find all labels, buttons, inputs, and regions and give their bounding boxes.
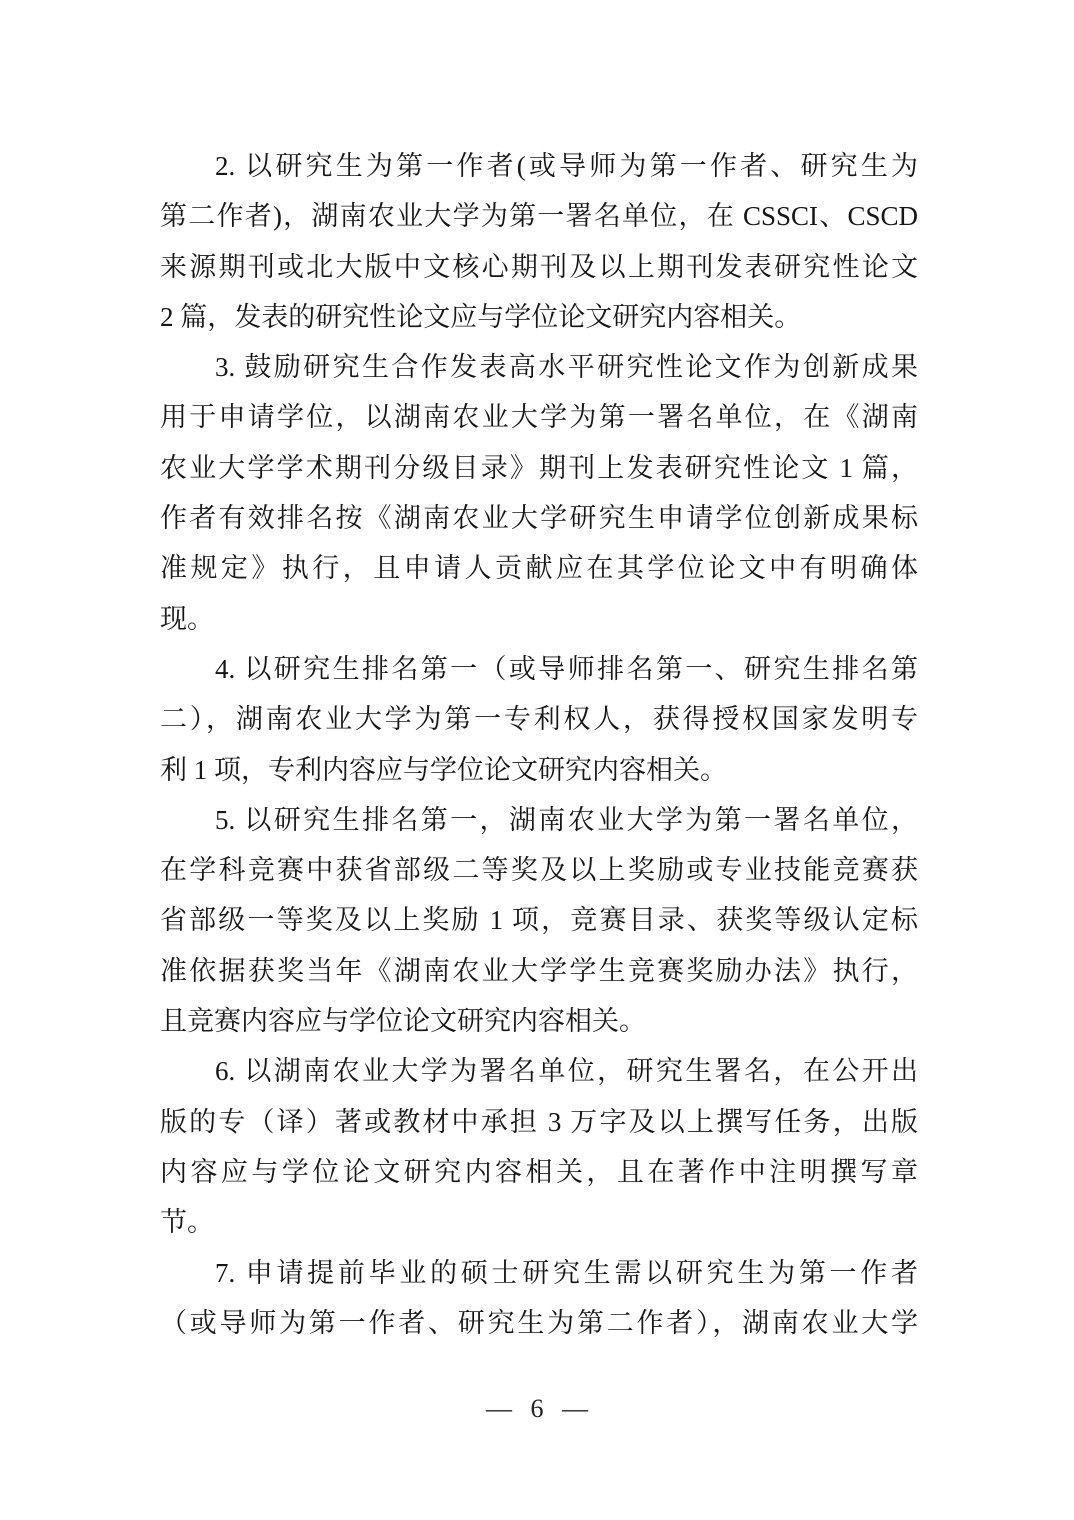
paragraph-3: 3. 鼓励研究生合作发表高水平研究性论文作为创新成果用于申请学位，以湖南农业大学… <box>160 342 918 644</box>
paragraph-5-line-4: 准依据获奖当年《湖南农业大学学生竞赛奖励办法》执行， <box>160 946 918 996</box>
paragraph-6-line-4: 节。 <box>160 1197 918 1247</box>
paragraph-4-line-1: 4. 以研究生排名第一（或导师排名第一、研究生排名第 <box>160 644 918 694</box>
paragraph-5-line-1: 5. 以研究生排名第一，湖南农业大学为第一署名单位， <box>160 795 918 845</box>
document-page: 2. 以研究生为第一作者(或导师为第一作者、研究生为第二作者)，湖南农业大学为第… <box>0 0 1074 1520</box>
paragraph-3-line-2: 用于申请学位，以湖南农业大学为第一署名单位，在《湖南 <box>160 392 918 442</box>
paragraph-5-line-5: 且竞赛内容应与学位论文研究内容相关。 <box>160 996 918 1046</box>
paragraph-4-line-3: 利 1 项，专利内容应与学位论文研究内容相关。 <box>160 745 918 795</box>
paragraph-5: 5. 以研究生排名第一，湖南农业大学为第一署名单位，在学科竞赛中获省部级二等奖及… <box>160 795 918 1046</box>
paragraph-2-line-1: 2. 以研究生为第一作者(或导师为第一作者、研究生为 <box>160 141 918 191</box>
paragraph-7-line-2: （或导师为第一作者、研究生为第二作者），湖南农业大学 <box>160 1298 918 1348</box>
paragraph-6-line-3: 内容应与学位论文研究内容相关，且在著作中注明撰写章 <box>160 1147 918 1197</box>
paragraph-7-line-1: 7. 申请提前毕业的硕士研究生需以研究生为第一作者 <box>160 1248 918 1298</box>
paragraph-5-line-3: 省部级一等奖及以上奖励 1 项，竞赛目录、获奖等级认定标 <box>160 895 918 945</box>
page-number: — 6 — <box>0 1393 1074 1425</box>
paragraph-3-line-5: 准规定》执行，且申请人贡献应在其学位论文中有明确体 <box>160 543 918 593</box>
paragraph-2-line-3: 来源期刊或北大版中文核心期刊及以上期刊发表研究性论文 <box>160 242 918 292</box>
paragraph-3-line-6: 现。 <box>160 594 918 644</box>
paragraph-2-line-4: 2 篇，发表的研究性论文应与学位论文研究内容相关。 <box>160 292 918 342</box>
paragraph-6-line-1: 6. 以湖南农业大学为署名单位，研究生署名，在公开出 <box>160 1046 918 1096</box>
paragraph-3-line-3: 农业大学学术期刊分级目录》期刊上发表研究性论文 1 篇， <box>160 443 918 493</box>
paragraph-7: 7. 申请提前毕业的硕士研究生需以研究生为第一作者（或导师为第一作者、研究生为第… <box>160 1248 918 1349</box>
paragraph-2-line-2: 第二作者)，湖南农业大学为第一署名单位，在 CSSCI、CSCD <box>160 191 918 241</box>
paragraph-4-line-2: 二），湖南农业大学为第一专利权人，获得授权国家发明专 <box>160 694 918 744</box>
paragraph-3-line-4: 作者有效排名按《湖南农业大学研究生申请学位创新成果标 <box>160 493 918 543</box>
paragraph-6: 6. 以湖南农业大学为署名单位，研究生署名，在公开出版的专（译）著或教材中承担 … <box>160 1046 918 1247</box>
paragraph-5-line-2: 在学科竞赛中获省部级二等奖及以上奖励或专业技能竞赛获 <box>160 845 918 895</box>
paragraph-4: 4. 以研究生排名第一（或导师排名第一、研究生排名第二），湖南农业大学为第一专利… <box>160 644 918 795</box>
paragraph-2: 2. 以研究生为第一作者(或导师为第一作者、研究生为第二作者)，湖南农业大学为第… <box>160 141 918 342</box>
document-body: 2. 以研究生为第一作者(或导师为第一作者、研究生为第二作者)，湖南农业大学为第… <box>160 141 918 1348</box>
paragraph-6-line-2: 版的专（译）著或教材中承担 3 万字及以上撰写任务，出版 <box>160 1097 918 1147</box>
paragraph-3-line-1: 3. 鼓励研究生合作发表高水平研究性论文作为创新成果 <box>160 342 918 392</box>
